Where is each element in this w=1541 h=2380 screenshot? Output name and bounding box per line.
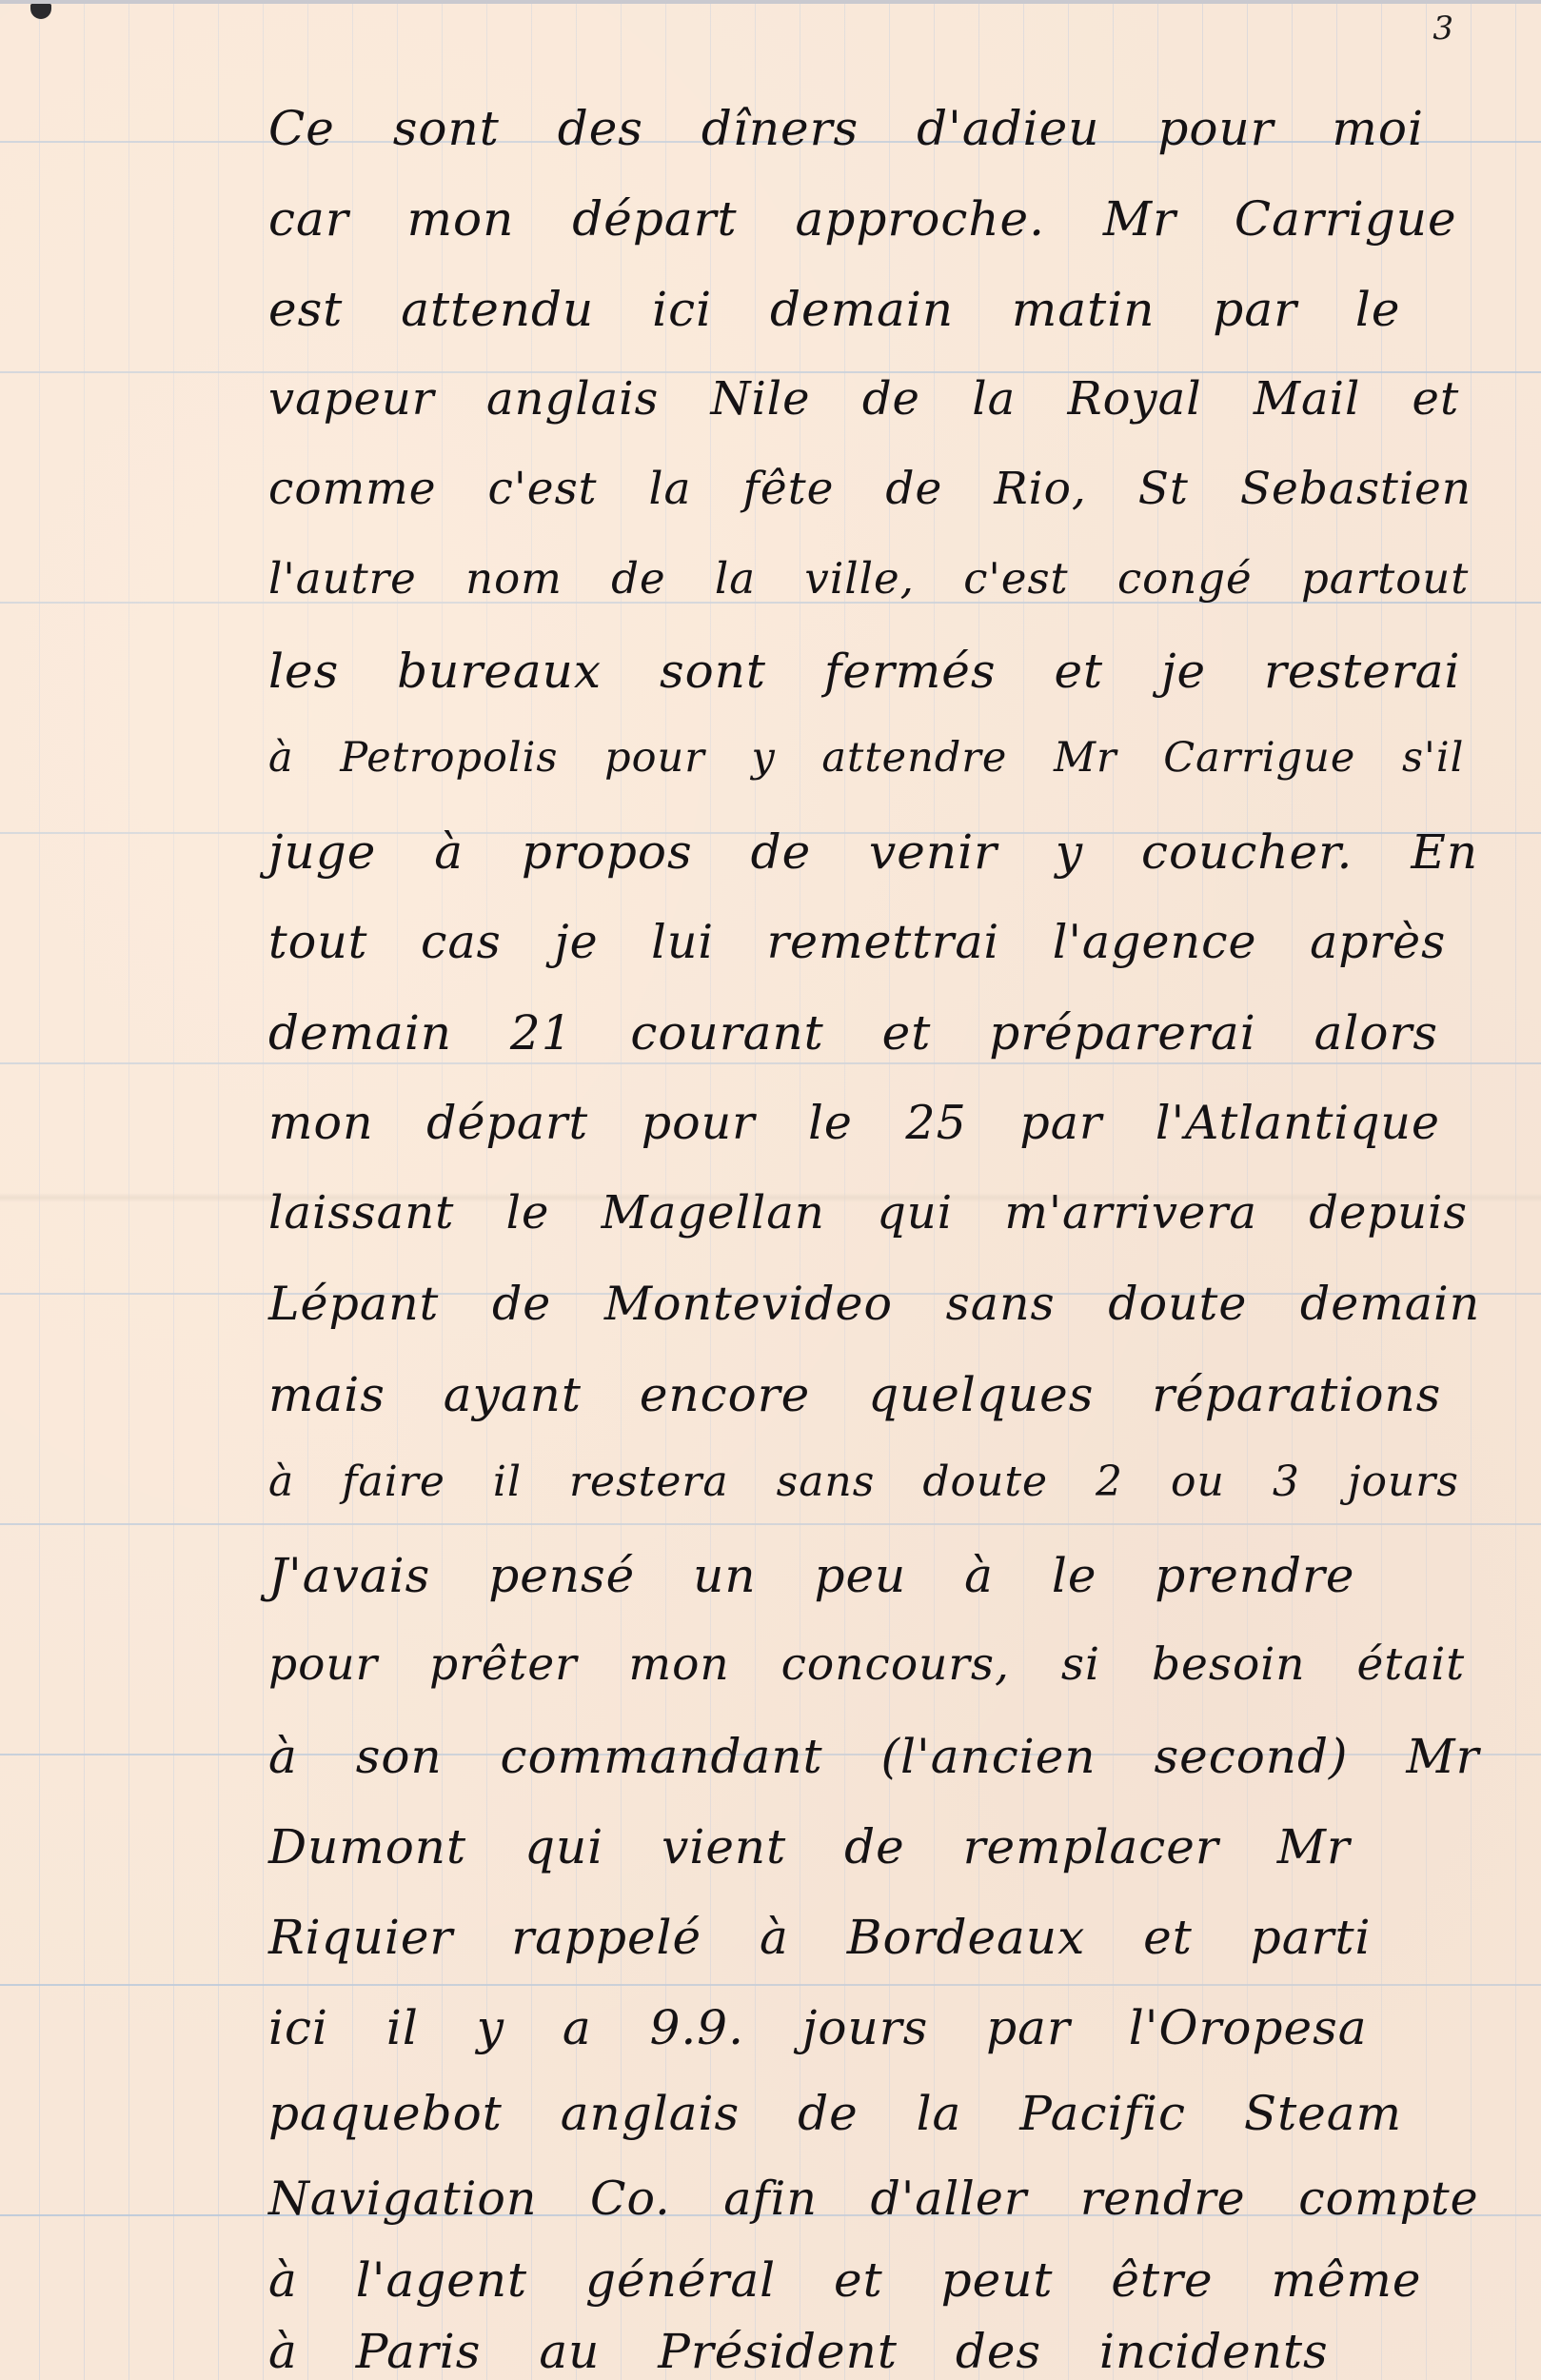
letter-line: Lépant de Montevideo sans doute demain	[268, 1280, 1480, 1327]
letter-line: paquebot anglais de la Pacific Steam	[268, 2090, 1402, 2137]
letter-line: à faire il restera sans doute 2 ou 3 jou…	[268, 1461, 1459, 1503]
ink-blot-mark	[30, 4, 51, 19]
letter-line: Navigation Co. afin d'aller rendre compt…	[268, 2175, 1479, 2222]
letter-line: tout cas je lui remettrai l'agence après	[268, 919, 1446, 965]
letter-line: Riquier rappelé à Bordeaux et parti	[268, 1914, 1372, 1961]
letter-line: Ce sont des dîners d'adieu pour moi	[268, 105, 1424, 152]
letter-line: mon départ pour le 25 par l'Atlantique	[268, 1100, 1440, 1146]
letter-page: 3 Ce sont des dîners d'adieu pour moi ca…	[0, 0, 1541, 2380]
letter-line: ici il y a 9.9. jours par l'Oropesa	[268, 2004, 1368, 2052]
letter-line: à Petropolis pour y attendre Mr Carrigue…	[268, 738, 1464, 779]
letter-line: est attendu ici demain matin par le	[268, 286, 1401, 333]
letter-line: car mon départ approche. Mr Carrigue	[268, 195, 1457, 243]
letter-line: J'avais pensé un peu à le prendre	[268, 1552, 1355, 1599]
letter-line: pour prêter mon concours, si besoin étai…	[268, 1642, 1465, 1687]
letter-line: demain 21 courant et préparerai alors	[268, 1009, 1438, 1057]
letter-line: mais ayant encore quelques réparations	[268, 1371, 1441, 1418]
letter-line: Dumont qui vient de remplacer Mr	[268, 1823, 1351, 1871]
letter-line: les bureaux sont fermés et je resterai	[268, 647, 1461, 695]
letter-line: à l'agent général et peut être même	[268, 2256, 1421, 2304]
letter-line: vapeur anglais Nile de la Royal Mail et	[268, 376, 1459, 422]
letter-line: juge à propos de venir y coucher. En	[268, 828, 1478, 876]
letter-line: laissant le Magellan qui m'arrivera depu…	[268, 1190, 1468, 1236]
letter-line: l'autre nom de la ville, c'est congé par…	[268, 557, 1469, 600]
letter-line: à Paris au Président des incidents	[268, 2328, 1329, 2375]
letter-line: à son commandant (l'ancien second) Mr	[268, 1733, 1480, 1780]
letter-line: comme c'est la fête de Rio, St Sebastien	[268, 466, 1472, 511]
page-number: 3	[1432, 10, 1453, 48]
